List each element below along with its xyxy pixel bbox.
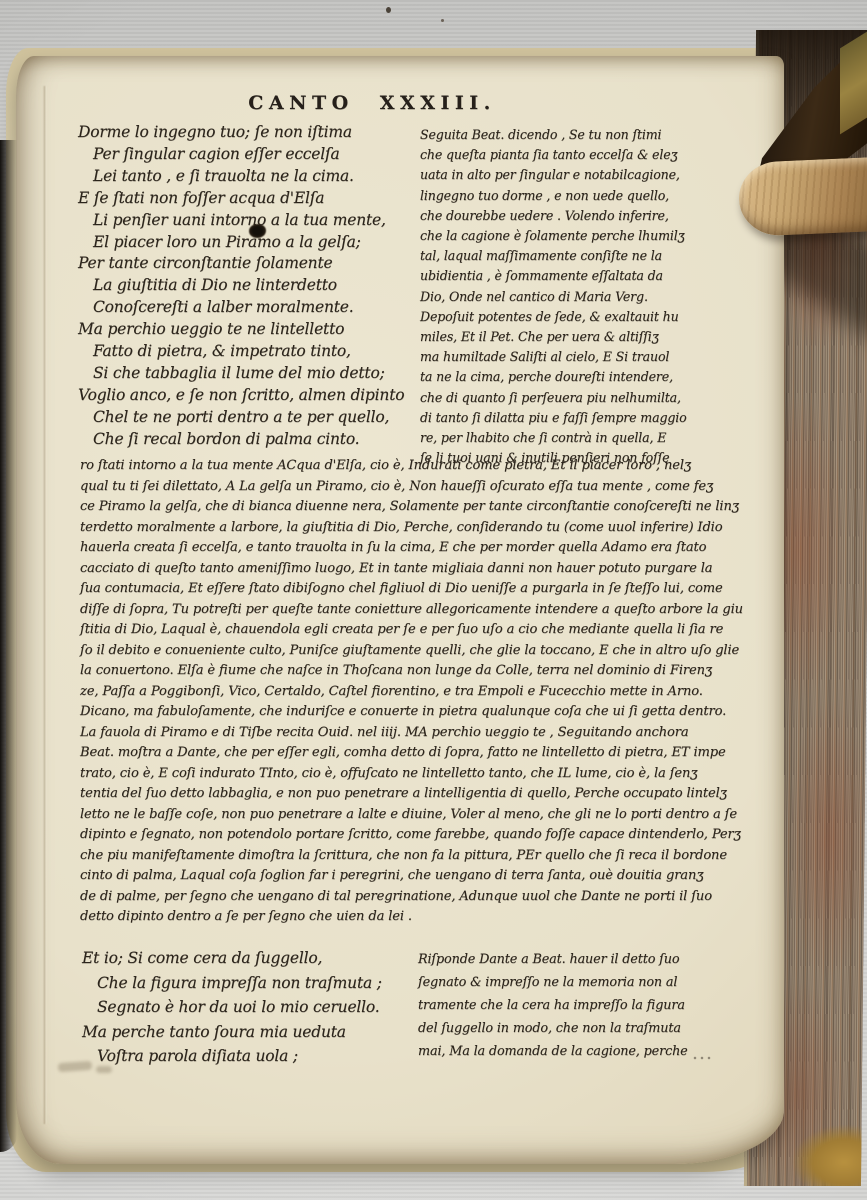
page-crease [43,86,47,1124]
binding-gutter-shadow [0,140,17,1152]
commentary-line: diſſe di ſopra, Tu potreſti per queſte t… [80,600,704,621]
verse-line: Voglio anco, e ſe non ſcritto, almen dip… [78,385,404,407]
wooden-page-weight [737,157,867,237]
commentary-line: lingegno tuo dorme , e non uede quello, [420,186,676,206]
commentary-line: de di palme, per ſegno che uengano di ta… [80,887,704,908]
commentary-line: hauerla creata ſi eccelſa, e tanto trauo… [80,538,704,559]
commentary-line: che queſta pianta ſia tanto eccelſa & el… [420,145,676,165]
commentary-line: re, per lhabito che ſi contrà in quella,… [420,428,676,448]
verse-line: Per ſingular cagion eſſer eccelſa [93,144,404,166]
verse-line: Si che tabbaglia il lume del mio detto; [93,363,404,385]
commentary-line: che piu manifeſtamente dimoſtra la ſcrit… [80,846,704,867]
verse-line: Voſtra parola diſiata uola ; [97,1044,382,1069]
commentary-line: tramente che la cera ha impreſſo la figu… [418,994,678,1017]
verse-line: Conoſcereſti a lalber moralmente. [93,297,404,319]
commentary-line: Seguita Beat. dicendo , Se tu non ſtimi [420,125,676,145]
dust-speck [441,19,444,22]
commentary-line: La fauola di Piramo e di Tiſbe recita Ou… [80,723,704,744]
commentary-line: mai, Ma la domanda de la cagione, perche [418,1040,678,1063]
commentary-column-bottom: Riſponde Dante a Beat. hauer il detto ſu… [418,948,678,1063]
dust-speck [386,7,391,13]
verse-column-top: Dorme lo ingegno tuo; ſe non iſtimaPer ſ… [78,122,404,451]
verse-line: E ſe ſtati non foſſer acqua d'Elſa [78,188,404,210]
commentary-line: ta ne la cima, perche doureſti intendere… [420,367,676,387]
commentary-line: Riſponde Dante a Beat. hauer il detto ſu… [418,948,678,971]
commentary-line: del ſuggello in modo, che non la traſmut… [418,1017,678,1040]
commentary-line: detto dipinto dentro a ſe per ſegno che … [80,907,704,928]
verse-line: Ma perchio ueggio te ne lintelletto [78,319,404,341]
dirt-marks [692,1056,712,1060]
verse-line: La giuſtitia di Dio ne linterdetto [93,275,404,297]
commentary-line: uata in alto per ſingular e notabilcagio… [420,165,676,185]
verse-line: Ma perche tanto ſoura mia ueduta [82,1020,382,1045]
verse-line: Che ſi recal bordon di palma cinto. [93,429,404,451]
commentary-line: ce Piramo la gelſa, che di bianca diuenn… [80,497,704,518]
commentary-line: trato, cio è, E coſi indurato TInto, cio… [80,764,704,785]
gilt-edge-patch [774,1114,867,1186]
commentary-line: Depoſuit potentes de ſede, & exaltauit h… [420,307,676,327]
verse-line: Chel te ne porti dentro a te per quello, [93,407,404,429]
commentary-line: ſua contumacia, Et eſſere ſtato dibiſogn… [80,579,704,600]
commentary-line: tentia del ſuo detto labbaglia, e non pu… [80,784,704,805]
verse-line: El piacer loro un Piramo a la gelſa; [93,232,404,254]
commentary-line: terdetto moralmente a larbore, la giuſti… [80,518,704,539]
commentary-line: letto ne le baſſe coſe, non puo penetrar… [80,805,704,826]
verse-line: Et io; Si come cera da ſuggello, [82,946,382,971]
commentary-line: di tanto ſi dilatta piu e faſſi ſempre m… [420,408,676,428]
commentary-block-full: ro ſtati intorno a la tua mente ACqua d'… [80,456,704,928]
commentary-line: Beat. moſtra a Dante, che per eſſer egli… [80,743,704,764]
commentary-line: Dio, Onde nel cantico di Maria Verg. [420,287,676,307]
commentary-line: cinto di palma, Laqual coſa ſoglion far … [80,866,704,887]
gilt-edge-highlight [840,32,867,135]
commentary-column-top: Seguita Beat. dicendo , Se tu non ſtimic… [420,125,676,468]
verse-line: Fatto di pietra, & impetrato tinto, [93,341,404,363]
commentary-line: miles, Et il Pet. Che per uera & altiſſi… [420,327,676,347]
commentary-line: che di quanto ſi perſeuera piu nelhumilt… [420,388,676,408]
verse-line: Lei tanto , e ſi trauolta ne la cima. [93,166,404,188]
commentary-line: Dicano, ma fabuloſamente, che induriſce … [80,702,704,723]
commentary-line: ro ſtati intorno a la tua mente ACqua d'… [80,456,704,477]
verse-line: Dorme lo ingegno tuo; ſe non iſtima [78,122,404,144]
verse-line: Per tante circonſtantie ſolamente [78,253,404,275]
commentary-line: ubidientia , è ſommamente eſſaltata da [420,266,676,286]
book-page: CANTO XXXIII. Dorme lo ingegno tuo; ſe n… [16,56,784,1164]
commentary-line: ma humiltade Saliſti al cielo, E Si trau… [420,347,676,367]
verse-column-bottom: Et io; Si come cera da ſuggello,Che la f… [82,946,382,1069]
commentary-line: la conuertono. Elſa è fiume che naſce in… [80,661,704,682]
verse-line: Che la figura impreſſa non traſmuta ; [97,971,382,996]
commentary-line: ſtitia di Dio, Laqual è, chauendola egli… [80,620,704,641]
commentary-line: qual tu ti ſei dilettato, A La gelſa un … [80,477,704,498]
commentary-line: cacciato di queſto tanto ameniſſimo luog… [80,559,704,580]
commentary-line: tal, laqual maſſimamente conſiſte ne la [420,246,676,266]
commentary-line: ze, Paſſa a Poggibonſi, Vico, Certaldo, … [80,682,704,703]
commentary-line: ſo il debito e conueniente culto, Puniſc… [80,641,704,662]
commentary-line: ſegnato & impreſſo ne la memoria non al [418,971,678,994]
commentary-line: che la cagione è ſolamente perche lhumil… [420,226,676,246]
verse-line: Segnato è hor da uoi lo mio ceruello. [97,995,382,1020]
commentary-line: dipinto e ſegnato, non potendolo portare… [80,825,704,846]
canto-heading: CANTO XXXIII. [16,92,728,114]
commentary-line: che dourebbe uedere . Volendo inferire, [420,206,676,226]
